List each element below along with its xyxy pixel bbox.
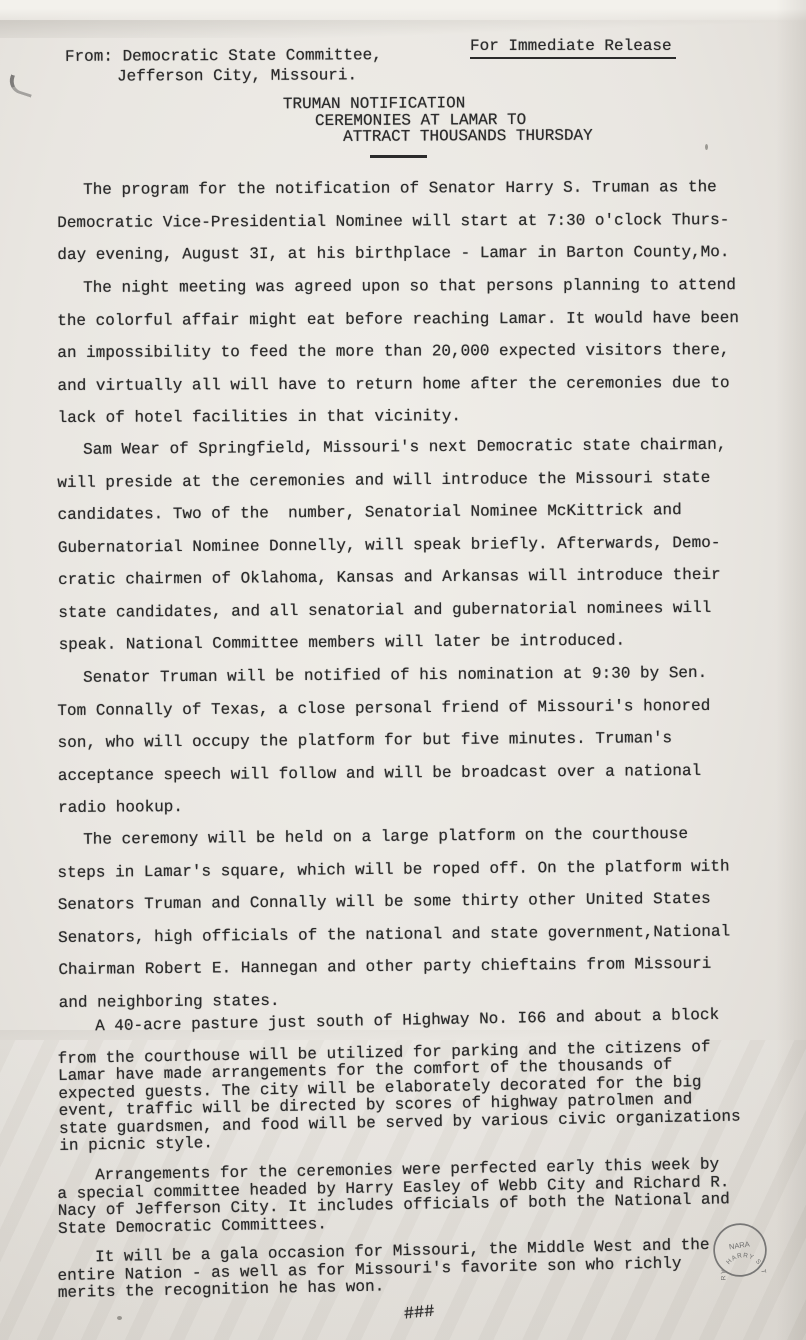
end-mark: ### [403,1302,435,1324]
headline: TRUMAN NOTIFICATION CEREMONIES AT LAMAR … [57,95,593,147]
headline-line: ATTRACT THOUSANDS THURSDAY [57,128,593,147]
text-line: speak. National Committee members will l… [59,623,765,661]
text-line: and virtually all will have to return ho… [57,366,763,402]
text-line: son, who will occupy the platform for bu… [58,721,764,759]
text-line: candidates. Two of the number, Senatoria… [58,493,764,531]
truman-library-nara-stamp: HARRY S. TRUMAN LIBRARY NARA [708,1218,771,1281]
text-line: cratic chairmen of Oklahoma, Kansas and … [58,558,764,596]
document-body: The program for the notification of Sena… [57,174,763,1302]
paragraph: Senator Truman will be notified of his n… [57,656,764,824]
text-line: Chairman Robert E. Hannegan and other pa… [58,947,764,986]
text-line: acceptance speech will follow and will b… [58,753,764,791]
text-line: day evening, August 3I, at his birthplac… [57,236,763,272]
paragraph: The program for the notification of Sena… [57,171,763,272]
text-line: The night meeting was agreed upon so tha… [57,268,763,304]
paper-speck [117,1316,122,1320]
paper-fold-crease [0,20,806,38]
text-line: The program for the notification of Sena… [57,171,763,207]
from-line: From: Democratic State Committee, [65,45,382,67]
paragraph: Sam Wear of Springfield, Missouri's next… [57,428,765,661]
headline-divider-dash [370,155,427,158]
from-line: Jefferson City, Missouri. [65,65,382,87]
paragraph: A 40-acre pasture just south of Highway … [57,1006,765,1155]
from-address-block: From: Democratic State Committee, Jeffer… [65,45,382,87]
paper-speck [705,144,708,150]
press-release-page: For Immediate Release From: Democratic S… [0,0,806,1340]
paragraph: The night meeting was agreed upon so tha… [57,268,764,434]
text-line: Senator Truman will be notified of his n… [57,656,763,694]
paragraph: Arrangements for the ceremonies were per… [57,1155,764,1237]
text-line: state candidates, and all senatorial and… [58,591,764,629]
paper-right-crease [776,0,806,1340]
stamp-center-text: NARA [728,1239,750,1251]
paper-top-edge [0,0,806,22]
paragraph: The ceremony will be held on a large pla… [57,817,765,1019]
corner-pen-mark [6,74,36,97]
text-line: Tom Connally of Texas, a close personal … [57,688,763,726]
text-line: Sam Wear of Springfield, Missouri's next… [57,428,763,466]
paragraph: It will be a gala occasion for Missouri,… [57,1235,764,1302]
text-line: an impossibility to feed the more than 2… [57,333,763,369]
text-line: Democratic Vice-Presidential Nominee wil… [57,203,763,239]
text-line: the colorful affair might eat before rea… [57,301,763,337]
release-label: For Immediate Release [470,37,676,59]
